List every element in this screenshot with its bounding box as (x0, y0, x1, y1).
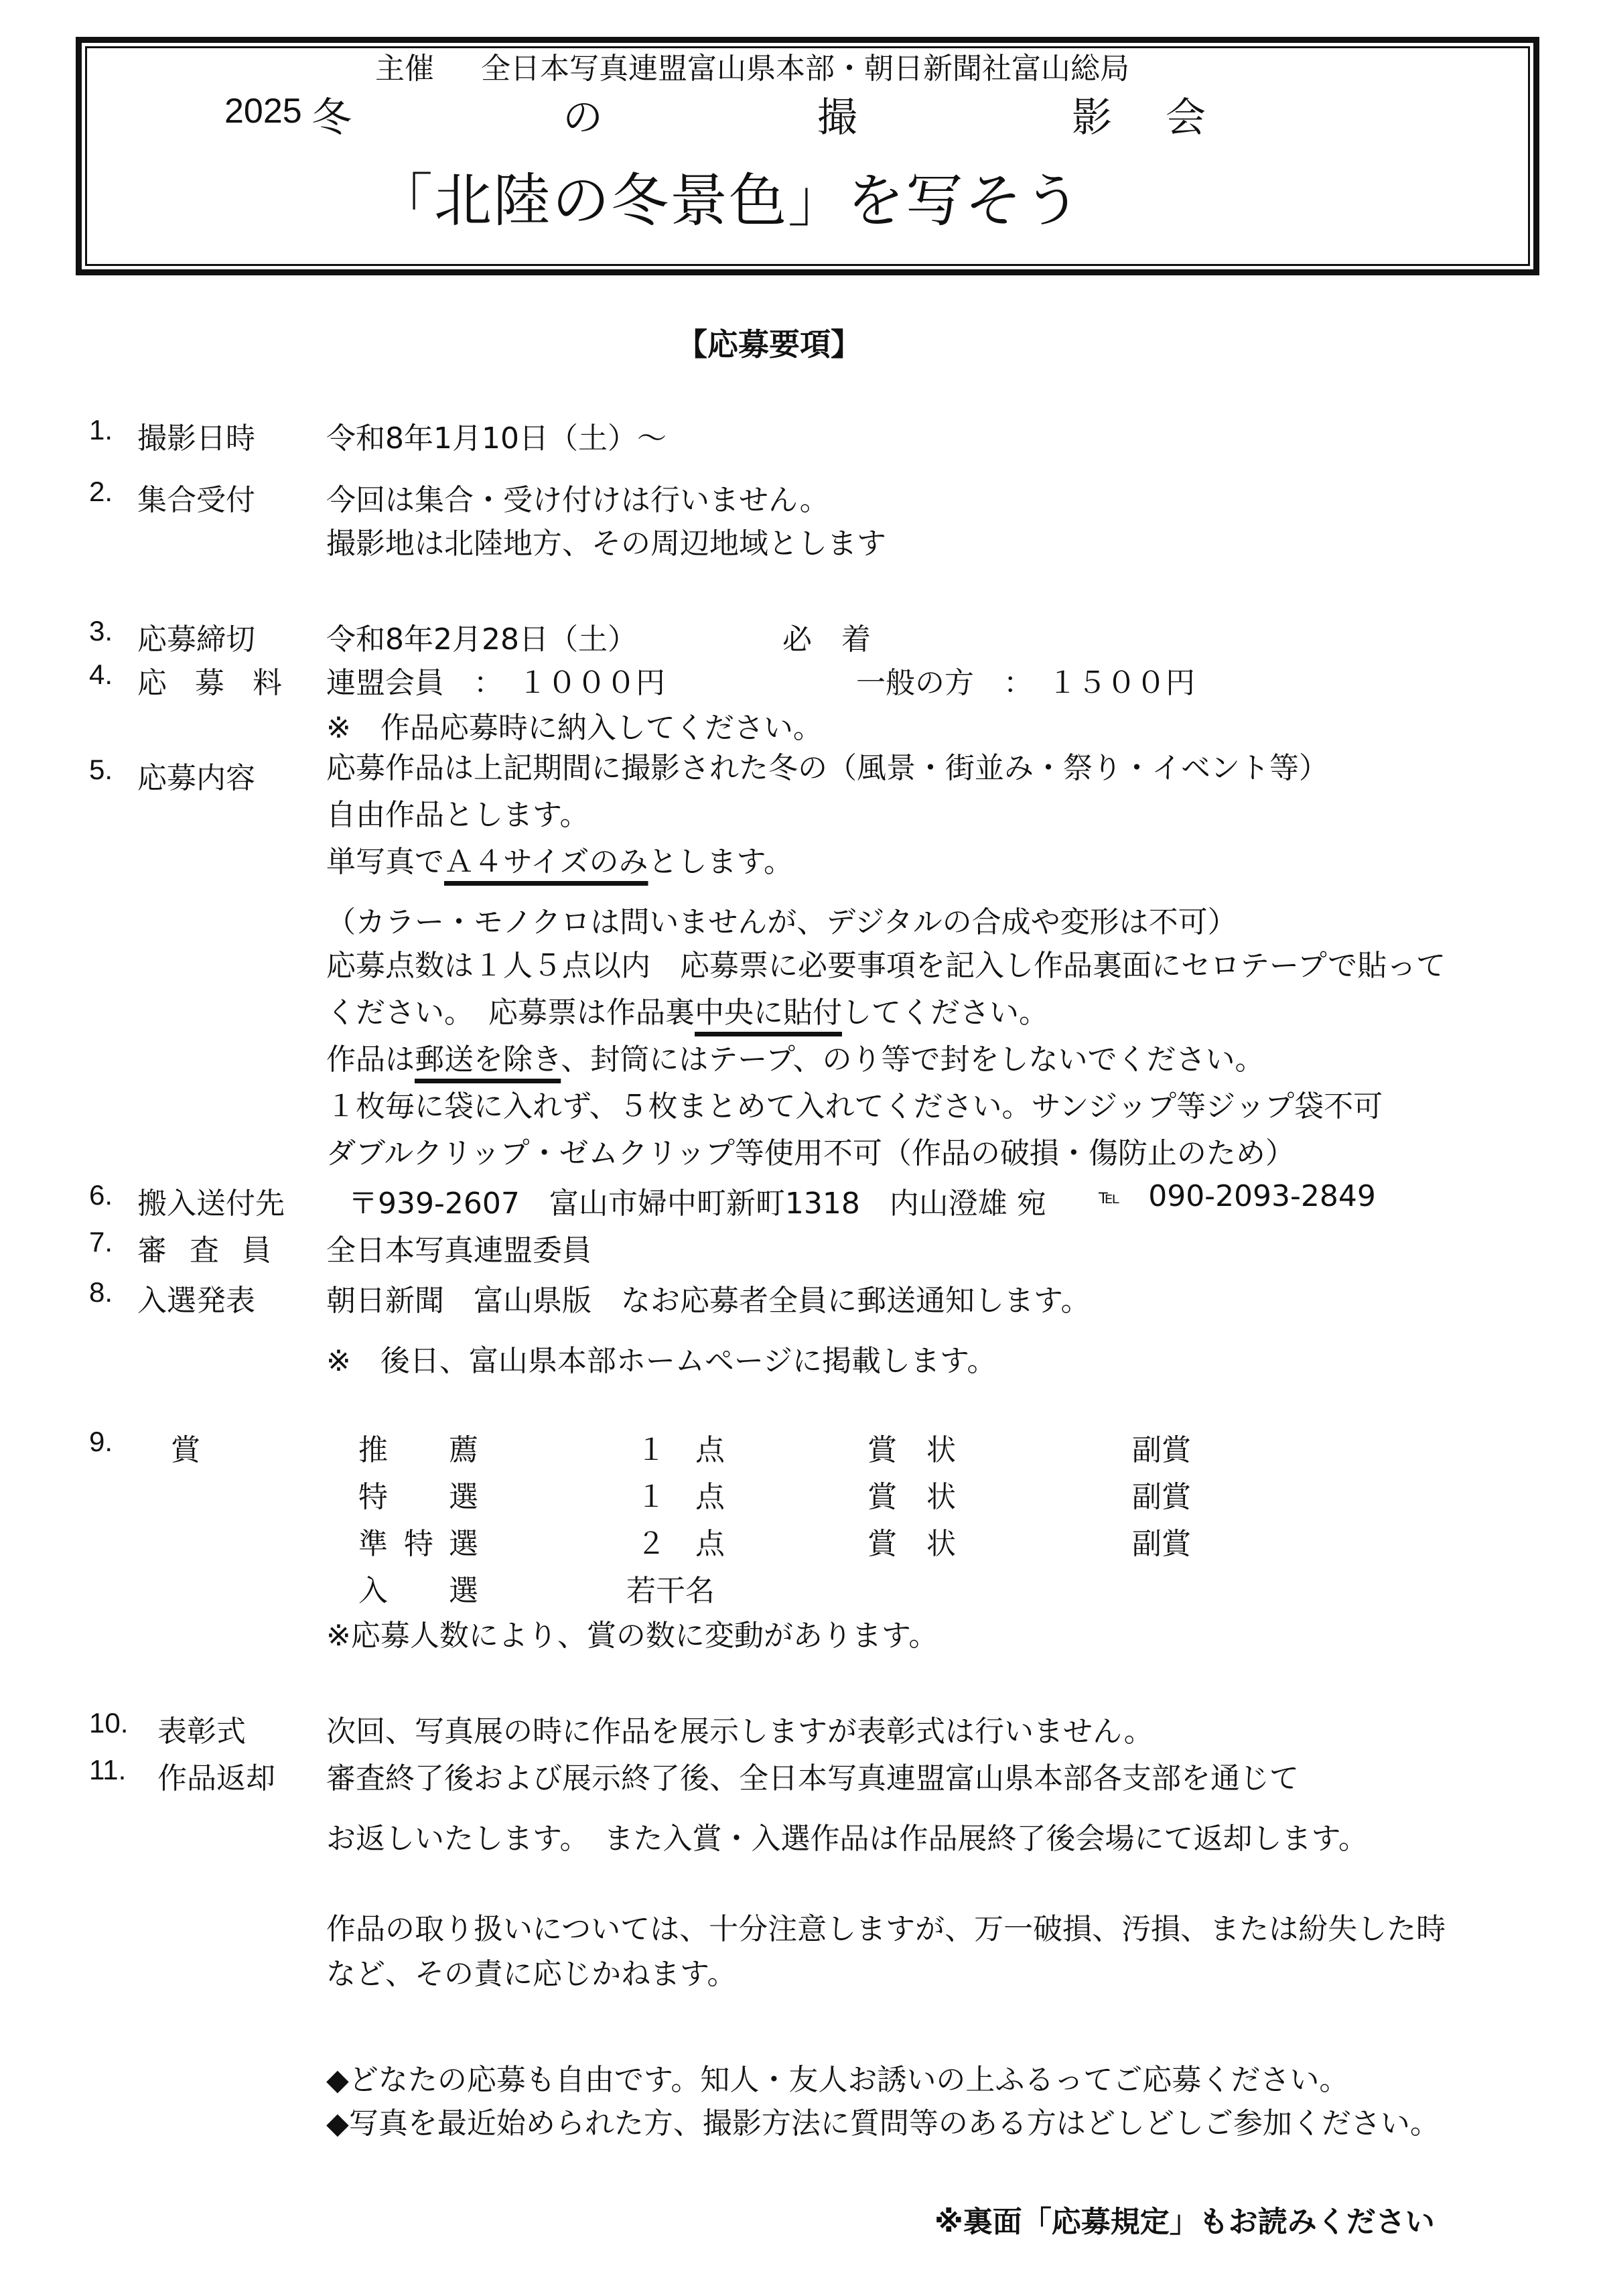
general-fee: 一般の方 ： １５００円 (856, 659, 1195, 701)
prize-name-char: 特 (358, 1473, 388, 1515)
item-text: 審査終了後および展示終了後、全日本写真連盟富山県本部各支部を通じて (326, 1754, 1299, 1797)
closing-note: ◆写真を最近始められた方、撮影方法に質問等のある方はどしどしご参加ください。 (326, 2099, 1440, 2142)
item-text-underlined: 作品は郵送を除き、封筒にはテープ、のり等で封をしないでください。 (326, 1035, 1265, 1078)
item-label: 応 募 料 (137, 659, 291, 701)
prize-count: ２ 点 (636, 1520, 725, 1562)
text-segment: とします。 (648, 845, 792, 879)
event-year: 2025 (224, 91, 302, 131)
item-number: 7. (89, 1226, 113, 1258)
underlined-emphasis: 中央に貼付 (695, 996, 842, 1030)
delivery-address: 〒939-2607 富山市婦中町新町1318 内山澄雄 宛 (348, 1179, 1046, 1222)
item-number: 2. (89, 476, 113, 508)
item-text: 応募作品は上記期間に撮影された冬の（風景・街並み・祭り・イベント等） (326, 744, 1328, 787)
item-number: 8. (89, 1276, 113, 1308)
item-text: お返しいたします。 また入賞・入選作品は作品展終了後会場にて返却します。 (326, 1814, 1368, 1857)
prize-name-char: 選 (449, 1473, 478, 1515)
item-number: 11. (89, 1754, 126, 1786)
prize-name-char: 選 (449, 1566, 478, 1609)
text-segment: してください。 (842, 996, 1048, 1030)
prize-award: 賞 状 (867, 1520, 956, 1562)
main-title: 「北陸の冬景色」を写そう (375, 154, 1083, 237)
text-segment: 、封筒にはテープ、のり等で封をしないでください。 (561, 1042, 1264, 1077)
item-label: 応募内容 (137, 754, 255, 797)
item-label: 賞 (171, 1426, 200, 1469)
item-text: 令和8年2月28日（土） (326, 615, 637, 658)
event-char: 撮 (817, 86, 857, 143)
item-number: 3. (89, 615, 113, 647)
underlined-emphasis: 郵送を除き (415, 1042, 561, 1077)
phone-number: 090-2093-2849 (1148, 1179, 1376, 1213)
prize-note: ※応募人数により、賞の数に変動があります。 (326, 1611, 938, 1654)
item-text: 自由作品とします。 (326, 791, 589, 833)
prize-name-char: 特 (404, 1520, 433, 1562)
item-text: 朝日新聞 富山県版 なお応募者全員に郵送通知します。 (326, 1276, 1090, 1319)
item-label: 審 査 員 (137, 1226, 278, 1269)
event-char: の (563, 86, 603, 143)
sponsor-label: 主催 (375, 52, 434, 86)
prize-extra: 副賞 (1132, 1520, 1191, 1562)
text-segment: ください。 応募票は作品裏 (326, 996, 695, 1030)
prize-name-char: 入 (358, 1566, 388, 1609)
item-label: 応募締切 (137, 615, 255, 658)
item-number: 1. (89, 414, 113, 446)
prize-count: １ 点 (636, 1426, 725, 1469)
section-heading: 【応募要項】 (677, 320, 861, 364)
item-label: 撮影日時 (137, 414, 255, 457)
item-number: 5. (89, 754, 113, 786)
prize-name-char: 推 (358, 1426, 388, 1469)
item-label: 入選発表 (137, 1276, 255, 1319)
event-char: 会 (1166, 86, 1206, 143)
prize-award: 賞 状 (867, 1473, 956, 1515)
item-label: 搬入送付先 (137, 1179, 285, 1222)
item-label: 作品返却 (157, 1754, 275, 1797)
prize-name-char: 薦 (449, 1426, 478, 1469)
sponsor-line: 主催全日本写真連盟富山県本部・朝日新聞社富山総局 (375, 44, 1129, 87)
item-number: 10. (89, 1707, 128, 1739)
phone-icon: ℡ (1099, 1185, 1120, 1209)
prize-extra: 副賞 (1132, 1473, 1191, 1515)
member-fee: 連盟会員 ： １０００円 (326, 659, 665, 701)
event-char: 冬 (311, 86, 352, 143)
item-number: 6. (89, 1179, 113, 1211)
item-label: 表彰式 (157, 1707, 246, 1750)
item-text: 全日本写真連盟委員 (326, 1226, 591, 1269)
prize-name-char: 選 (449, 1520, 478, 1562)
item-text: ※ 後日、富山県本部ホームページに掲載します。 (326, 1337, 996, 1379)
notice-line: など、その責に応じかねます。 (326, 1950, 736, 1993)
prize-name-char: 準 (358, 1520, 388, 1562)
sponsor-orgs: 全日本写真連盟富山県本部・朝日新聞社富山総局 (481, 52, 1129, 86)
event-char: 影 (1072, 86, 1112, 143)
item-text: 次回、写真展の時に作品を展示しますが表彰式は行いません。 (326, 1707, 1154, 1750)
prize-count: 若干名 (626, 1566, 715, 1609)
text-segment: 作品は (326, 1042, 415, 1077)
item-text: （カラー・モノクロは問いませんが、デジタルの合成や変形は不可） (326, 898, 1237, 941)
item-number: 9. (89, 1426, 113, 1458)
reverse-side-footnote: ※裏面「応募規定」もお読みください (934, 2198, 1435, 2240)
item-text: 応募点数は１人５点以内 応募票に必要事項を記入し作品裏面にセロテープで貼って (326, 941, 1446, 984)
item-text-underlined: 単写真でＡ４サイズのみとします。 (326, 837, 793, 880)
item-text-underlined: ください。 応募票は作品裏中央に貼付してください。 (326, 988, 1048, 1031)
closing-note: ◆どなたの応募も自由です。知人・友人お誘いの上ふるってご応募ください。 (326, 2055, 1348, 2098)
deadline-note: 必 着 (782, 615, 871, 658)
item-text: 今回は集合・受け付けは行いません。 (326, 476, 829, 519)
prize-award: 賞 状 (867, 1426, 956, 1469)
item-text: ダブルクリップ・ゼムクリップ等使用不可（作品の破損・傷防止のため） (326, 1129, 1295, 1172)
item-text: 令和8年1月10日（土）～ (326, 414, 667, 457)
text-segment: 単写真で (326, 845, 444, 879)
prize-extra: 副賞 (1132, 1426, 1191, 1469)
item-text: 撮影地は北陸地方、その周辺地域とします (326, 519, 886, 562)
item-number: 4. (89, 659, 113, 691)
notice-line: 作品の取り扱いについては、十分注意しますが、万一破損、汚損、または紛失した時 (326, 1905, 1446, 1948)
item-text: ※ 作品応募時に納入してください。 (326, 703, 823, 746)
underlined-emphasis: Ａ４サイズのみ (444, 845, 648, 879)
phone-line: ℡ 090-2093-2849 (1099, 1179, 1376, 1213)
item-label: 集合受付 (137, 476, 255, 519)
prize-count: １ 点 (636, 1473, 725, 1515)
item-text: １枚毎に袋に入れず、５枚まとめて入れてください。サンジップ等ジップ袋不可 (326, 1082, 1383, 1125)
